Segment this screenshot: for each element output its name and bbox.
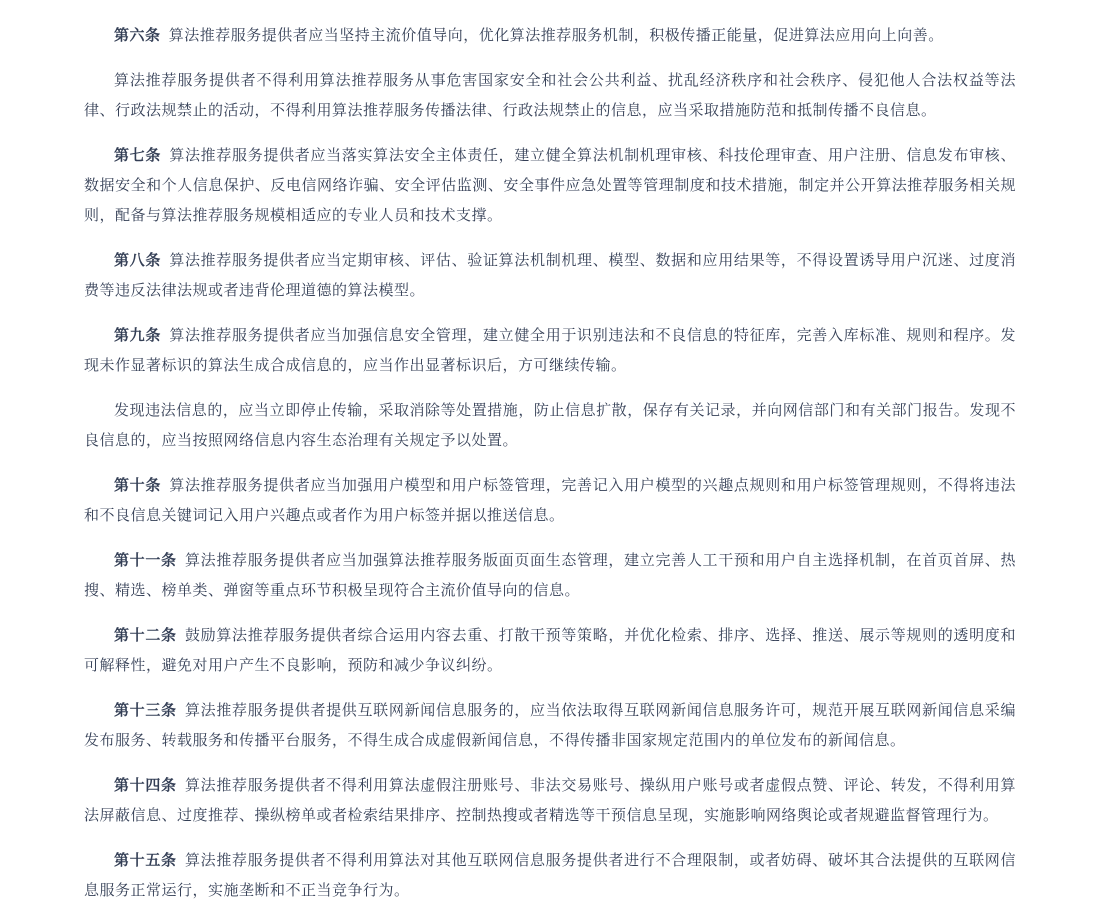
article-number: 第九条 [114,327,161,344]
paragraph: 第九条算法推荐服务提供者应当加强信息安全管理，建立健全用于识别违法和不良信息的特… [84,321,1016,381]
article-number: 第十二条 [114,627,177,644]
article-text: 算法推荐服务提供者应当落实算法安全主体责任，建立健全算法机制机理审核、科技伦理审… [84,147,1016,224]
article-text: 算法推荐服务提供者应当加强用户模型和用户标签管理，完善记入用户模型的兴趣点规则和… [84,477,1016,524]
article-number: 第十三条 [114,702,177,719]
article-text: 鼓励算法推荐服务提供者综合运用内容去重、打散干预等策略，并优化检索、排序、选择、… [84,627,1016,674]
article-number: 第六条 [114,27,161,44]
article-number: 第十一条 [114,552,177,569]
article-text: 发现违法信息的，应当立即停止传输，采取消除等处置措施，防止信息扩散，保存有关记录… [84,402,1016,449]
paragraph: 第十三条算法推荐服务提供者提供互联网新闻信息服务的，应当依法取得互联网新闻信息服… [84,696,1016,756]
paragraph: 第十五条算法推荐服务提供者不得利用算法对其他互联网信息服务提供者进行不合理限制，… [84,846,1016,906]
article-text: 算法推荐服务提供者不得利用算法对其他互联网信息服务提供者进行不合理限制，或者妨碍… [84,852,1016,899]
article-number: 第十五条 [114,852,177,869]
article-text: 算法推荐服务提供者应当加强信息安全管理，建立健全用于识别违法和不良信息的特征库，… [84,327,1016,374]
paragraph: 第十四条算法推荐服务提供者不得利用算法虚假注册账号、非法交易账号、操纵用户账号或… [84,771,1016,831]
paragraph: 发现违法信息的，应当立即停止传输，采取消除等处置措施，防止信息扩散，保存有关记录… [84,396,1016,456]
article-text: 算法推荐服务提供者提供互联网新闻信息服务的，应当依法取得互联网新闻信息服务许可，… [84,702,1016,749]
paragraph: 第十二条鼓励算法推荐服务提供者综合运用内容去重、打散干预等策略，并优化检索、排序… [84,621,1016,681]
article-number: 第十四条 [114,777,177,794]
paragraph: 第十一条算法推荐服务提供者应当加强算法推荐服务版面页面生态管理，建立完善人工干预… [84,546,1016,606]
article-text: 算法推荐服务提供者不得利用算法虚假注册账号、非法交易账号、操纵用户账号或者虚假点… [84,777,1016,824]
article-number: 第八条 [114,252,161,269]
paragraph: 算法推荐服务提供者不得利用算法推荐服务从事危害国家安全和社会公共利益、扰乱经济秩… [84,66,1016,126]
paragraph: 第六条算法推荐服务提供者应当坚持主流价值导向，优化算法推荐服务机制，积极传播正能… [84,21,1016,51]
paragraph: 第七条算法推荐服务提供者应当落实算法安全主体责任，建立健全算法机制机理审核、科技… [84,141,1016,231]
document-body: 第六条算法推荐服务提供者应当坚持主流价值导向，优化算法推荐服务机制，积极传播正能… [84,21,1016,906]
document-page: 第六条算法推荐服务提供者应当坚持主流价值导向，优化算法推荐服务机制，积极传播正能… [84,0,1016,906]
article-text: 算法推荐服务提供者不得利用算法推荐服务从事危害国家安全和社会公共利益、扰乱经济秩… [84,72,1016,119]
article-text: 算法推荐服务提供者应当加强算法推荐服务版面页面生态管理，建立完善人工干预和用户自… [84,552,1016,599]
paragraph: 第十条算法推荐服务提供者应当加强用户模型和用户标签管理，完善记入用户模型的兴趣点… [84,471,1016,531]
paragraph: 第八条算法推荐服务提供者应当定期审核、评估、验证算法机制机理、模型、数据和应用结… [84,246,1016,306]
article-number: 第十条 [114,477,161,494]
article-text: 算法推荐服务提供者应当坚持主流价值导向，优化算法推荐服务机制，积极传播正能量，促… [169,27,944,44]
article-number: 第七条 [114,147,161,164]
article-text: 算法推荐服务提供者应当定期审核、评估、验证算法机制机理、模型、数据和应用结果等，… [84,252,1016,299]
